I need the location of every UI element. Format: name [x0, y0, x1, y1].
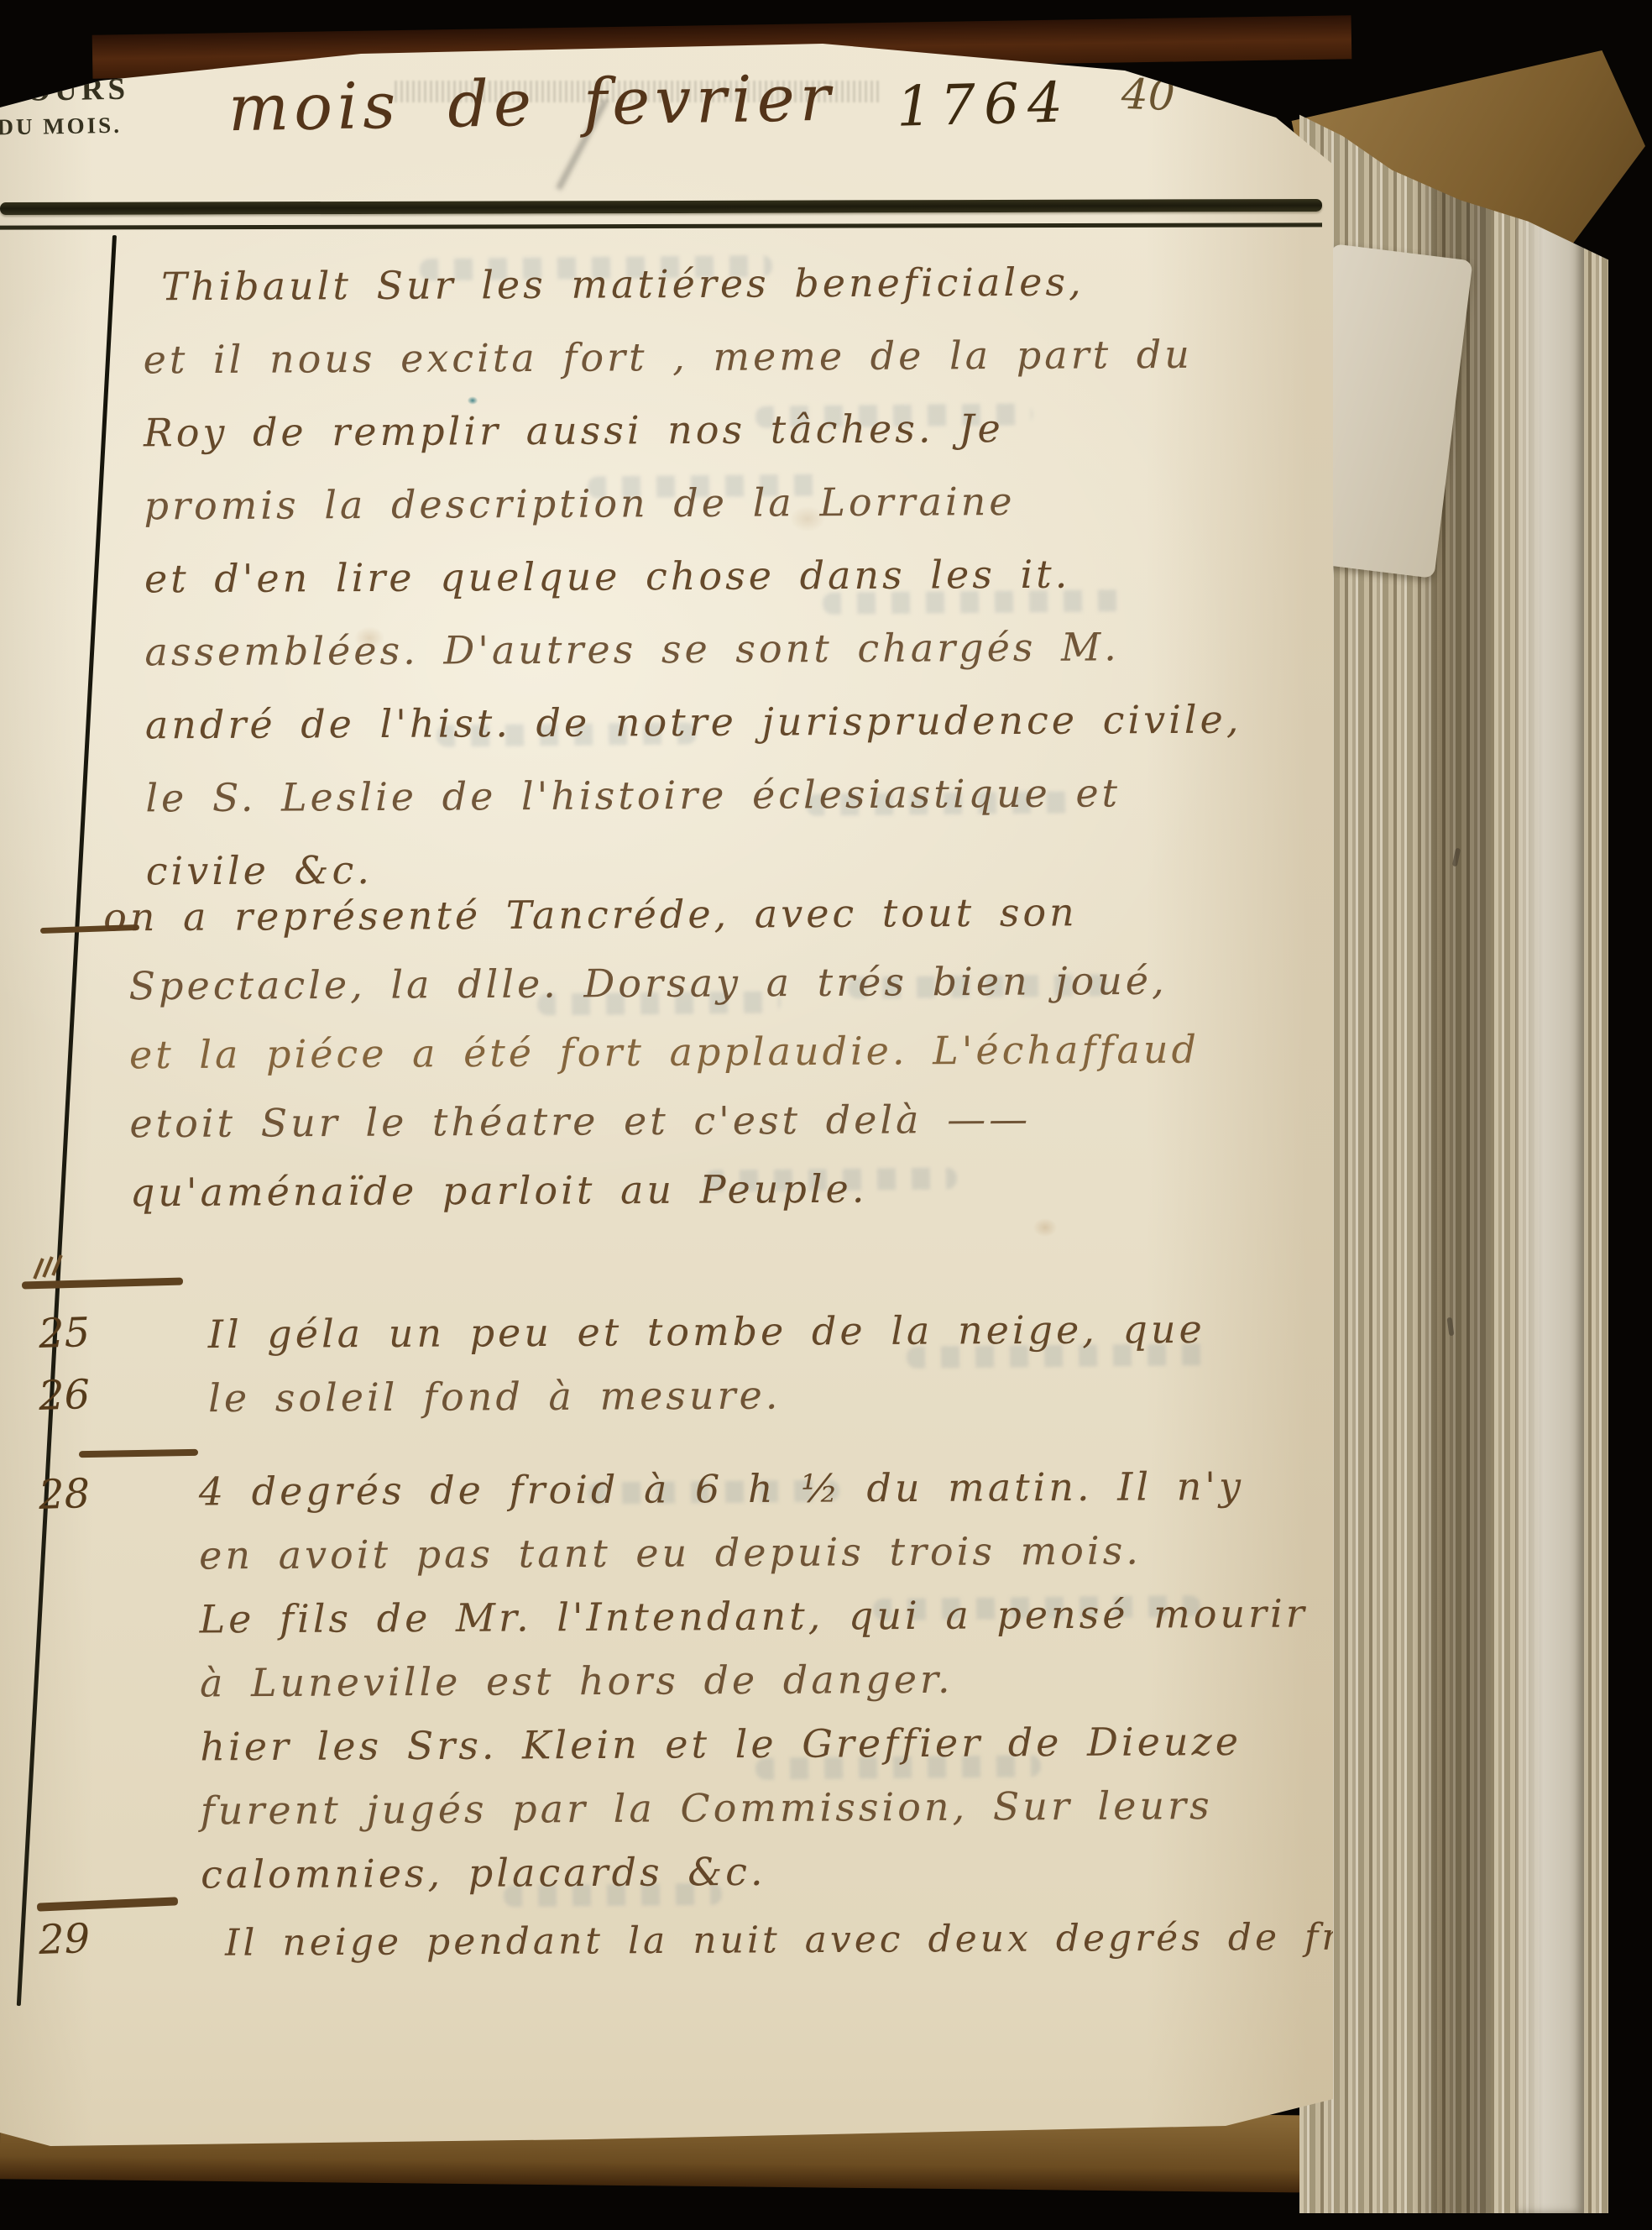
manuscript-line: Thibault Sur les matiéres beneficiales,	[143, 245, 1240, 324]
manuscript-page: JOURS DU MOIS. mois de fevrier 1764 40 T…	[0, 0, 1333, 2200]
manuscript-line: Le fils de Mr. l'Intendant, qui a pensé …	[199, 1582, 1308, 1652]
day-number: 25	[38, 1309, 91, 1358]
manuscript-line: calomnies, placards &c.	[201, 1837, 1310, 1907]
journal-entries: Thibault Sur les matiéres beneficiales,e…	[0, 0, 1333, 2200]
journal-entry: 4 degrés de froid à 6 h ½ du matin. Il n…	[199, 1454, 1310, 1907]
manuscript-line: hier les Srs. Klein et le Greffier de Di…	[200, 1709, 1309, 1779]
manuscript-line: et la piéce a été fort applaudie. L'écha…	[104, 1015, 1200, 1090]
photo-scene: JOURS DU MOIS. mois de fevrier 1764 40 T…	[0, 0, 1652, 2230]
day-number: 29	[38, 1915, 91, 1964]
manuscript-line: furent jugés par la Commission, Sur leur…	[201, 1773, 1310, 1843]
journal-entry: on a représenté Tancréde, avec tout sonS…	[103, 877, 1200, 1228]
journal-entry: Thibault Sur les matiéres beneficiales,e…	[143, 245, 1243, 908]
manuscript-line: Il neige pendant la nuit avec deux degré…	[225, 1904, 1425, 1976]
day-number: 26	[38, 1371, 91, 1420]
day-number: 28	[38, 1470, 91, 1519]
manuscript-line: promis la description de la Lorraine	[144, 464, 1241, 543]
journal-entry: Il géla un peu et tombe de la neige, que…	[208, 1297, 1206, 1430]
fore-edge-light-band	[1516, 166, 1584, 2213]
manuscript-line: en avoit pas tant eu depuis trois mois.	[199, 1518, 1308, 1588]
manuscript-line: le soleil fond à mesure.	[208, 1361, 1205, 1430]
manuscript-line: et d'en lire quelque chose dans les it.	[144, 537, 1242, 616]
manuscript-line: Il géla un peu et tombe de la neige, que	[208, 1297, 1205, 1366]
manuscript-line: Spectacle, la dlle. Dorsay a trés bien j…	[103, 946, 1199, 1021]
manuscript-line: à Luneville est hors de danger.	[200, 1646, 1309, 1715]
manuscript-line: andré de l'hist. de notre jurisprudence …	[145, 683, 1242, 762]
manuscript-line: le S. Leslie de l'histoire éclesiastique…	[145, 756, 1242, 835]
journal-entry: Il neige pendant la nuit avec deux degré…	[225, 1904, 1425, 1976]
manuscript-line: on a représenté Tancréde, avec tout son	[103, 877, 1199, 952]
book-fore-edge-pages	[1299, 81, 1608, 2213]
manuscript-line: et il nous excita fort , meme de la part…	[143, 318, 1240, 397]
manuscript-line: 4 degrés de froid à 6 h ½ du matin. Il n…	[199, 1454, 1308, 1524]
manuscript-line: Roy de remplir aussi nos tâches. Je	[144, 391, 1241, 470]
manuscript-line: etoit Sur le théatre et c'est delà ——	[104, 1084, 1200, 1159]
manuscript-line: qu'aménaïde parloit au Peuple.	[105, 1153, 1200, 1228]
manuscript-line: assemblées. D'autres se sont chargés M.	[144, 610, 1242, 689]
